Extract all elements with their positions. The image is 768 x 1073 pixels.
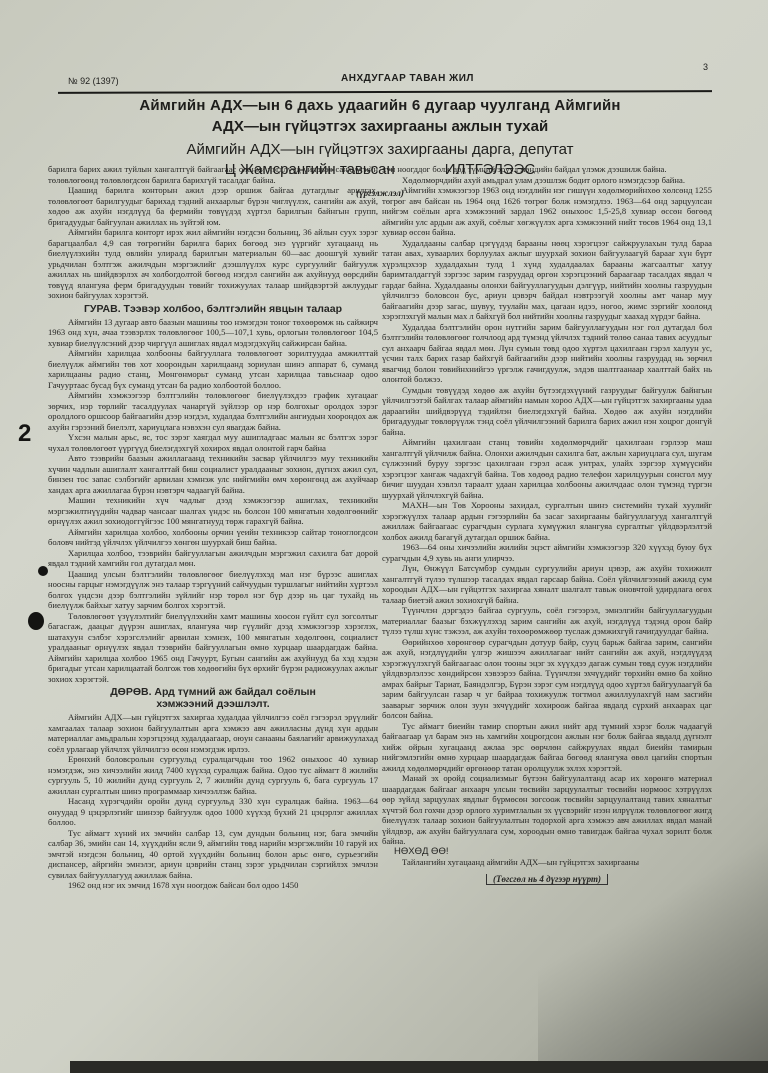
paragraph: Манай эх оройд социализмыг бүтээн байгуу…: [382, 773, 712, 847]
paragraph: 1962 онд нэг их эмчид 1678 хүн ноогдож б…: [48, 880, 378, 891]
page-header: № 92 (1397) АНХДУГААР ТАВАН ЖИЛ 3: [58, 62, 712, 88]
scan-bottom-edge: [70, 1061, 768, 1073]
paragraph: Төлөвлөгөөт үзүүлэлтийг биелүүлэхийн хам…: [48, 611, 378, 685]
paragraph: Аймгийн барилга конторт ирэх жил аймгийн…: [48, 227, 378, 301]
paragraph: Өөрийнхөө хөрөнгөөр сурагчдын дотуур бай…: [382, 637, 712, 721]
newspaper-name: АНХДУГААР ТАВАН ЖИЛ: [341, 73, 474, 84]
left-column: барилга барих ажил туйлын хангалтгүй бай…: [48, 164, 378, 891]
paragraph: Насанд хүрэгчдийн оройн дунд сургуульд 3…: [48, 796, 378, 828]
paragraph: Сумдын төвүүдэд хөдөө аж ахуйн бүтээгдэх…: [382, 385, 712, 438]
paragraph: Лүн, Өнжүүл Батсүмбэр сумдын сургуулийн …: [382, 563, 712, 605]
paragraph: 1963—64 оны хичээлийн жилийн эцэст аймги…: [382, 542, 712, 563]
paragraph: Цаашид барилга конторын ажил дээр оршиж …: [48, 185, 378, 227]
header-rule: [58, 90, 712, 94]
closing-salutation: НӨХӨД ӨӨ!: [382, 847, 712, 858]
continued-note: (Төгсгөл нь 4 дүгээр нүүрт): [382, 874, 712, 885]
paragraph: хүн ноогддог болж ард түмний эрүүл мэнди…: [382, 164, 712, 175]
punch-hole: [28, 612, 44, 630]
paragraph: МАХН—ын Төв Хорооны захидал, сургалтын ш…: [382, 500, 712, 542]
page-number: 3: [703, 62, 708, 72]
subtitle-line-1: Аймгийн АДХ—ын гүйцэтгэх захиргааны дарг…: [60, 140, 700, 160]
issue-number: № 92 (1397): [68, 76, 119, 86]
paragraph: Тус аймагт хүний их эмчийн салбар 13, су…: [48, 828, 378, 881]
paragraph: Аймгийн 13 дугаар авто баазын машины тоо…: [48, 317, 378, 349]
paragraph: Хөдөлмөрчдийн ахуй амьдрал улам дээшлэж …: [382, 175, 712, 186]
headline-line-2: АДХ—ын гүйцэтгэх захиргааны ажлын тухай: [60, 118, 700, 136]
headline-line-1: Аймгийн АДХ—ын 6 дахь удаагийн 6 дугаар …: [60, 96, 700, 116]
section-heading-three: ГУРАВ. Тээвэр холбоо, бэлтгэлийн явцын т…: [48, 303, 378, 315]
paragraph: Машин техникийн хүч чадлыг дээд хэмжээгэ…: [48, 495, 378, 527]
paragraph: Харилцаа холбоо, тээврийн байгууллагын а…: [48, 548, 378, 569]
ink-blot: [38, 566, 48, 576]
paragraph: барилга барих ажил туйлын хангалтгүй бай…: [48, 164, 378, 185]
paragraph: Цаашид улсын бэлтгэлийн төлөвлөгөөг биел…: [48, 569, 378, 611]
newspaper-page: № 92 (1397) АНХДУГААР ТАВАН ЖИЛ 3 Аймгий…: [0, 0, 768, 1073]
paragraph: Үхсэн малын арьс, яс, тос зэрэг хаягдал …: [48, 432, 378, 453]
right-column: хүн ноогддог болж ард түмний эрүүл мэнди…: [382, 164, 712, 884]
paragraph: Худалдаа бэлтгэлийн орон нутгийн зарим б…: [382, 322, 712, 385]
paragraph: Аймгийн цахилгаан станц төвийн хөдөлмөрч…: [382, 437, 712, 500]
paragraph: Аймгийн харилцаа холбооны байгууллага тө…: [48, 348, 378, 390]
paragraph: Худалдааны салбар цэгүүдэд барааны нөөц …: [382, 238, 712, 322]
paragraph: Тус аймагт биеийн тамир спортын ажил ний…: [382, 721, 712, 774]
section-heading-four: ДӨРӨВ. Ард түмний аж байдал соёлын хэмжэ…: [48, 686, 378, 710]
paragraph: Аймгийн АДХ—ын гүйцэтгэх захиргаа худалд…: [48, 712, 378, 754]
paragraph: Түүнчлэн дэргэдээ байгаа сургууль, соёл …: [382, 605, 712, 637]
handwritten-margin-number: 2: [18, 420, 31, 448]
paragraph: Аймгийн хэмжээгээр 1963 онд нэгдлийн нэг…: [382, 185, 712, 238]
paragraph: Авто тээврийн баазын ажиллагаанд техники…: [48, 453, 378, 495]
paragraph: Аймгийн харилцаа холбоо, холбооны орчин …: [48, 527, 378, 548]
closing-line: Тайлангийн хугацаанд аймгийн АДХ—ын гүйц…: [382, 857, 712, 868]
paragraph: Аймгийн хэмжээгээр бэлтгэлийн төлөвлөгөө…: [48, 390, 378, 432]
paragraph: Ерөнхий боловсролын сургуульд суралцагчд…: [48, 754, 378, 796]
